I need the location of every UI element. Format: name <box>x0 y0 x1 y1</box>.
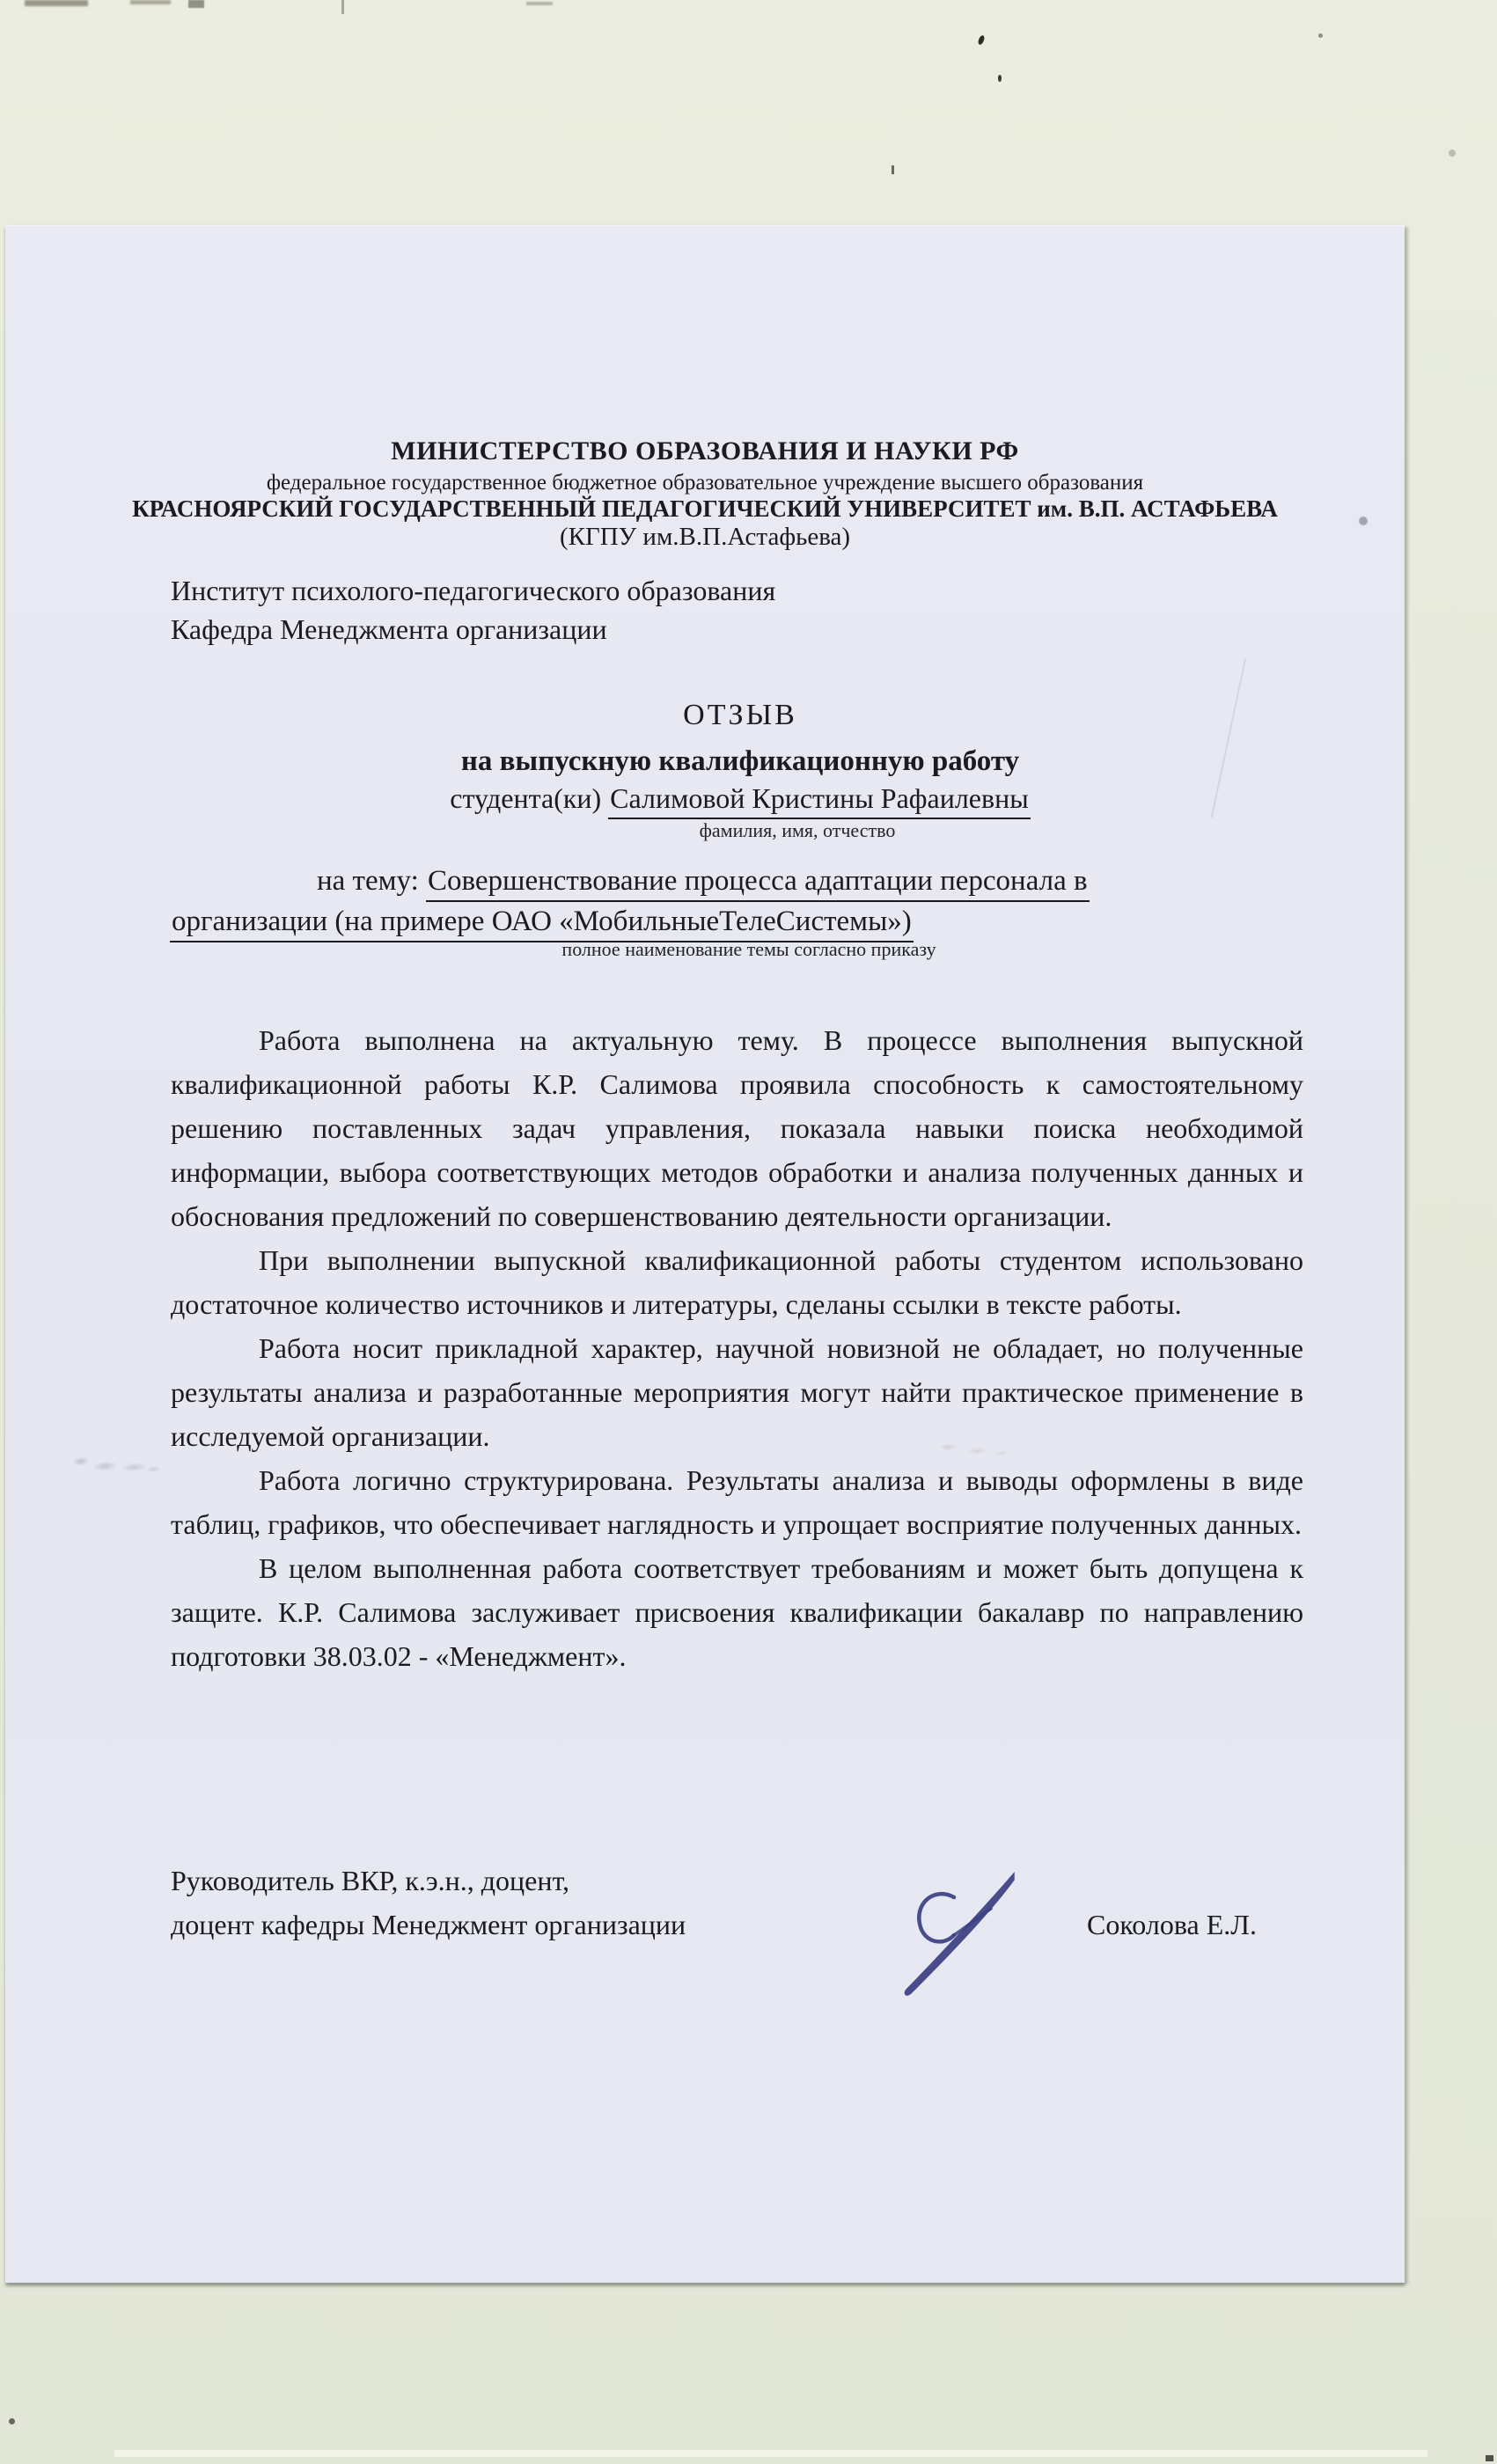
topic-line-1: на тему: Совершенствование процесса адап… <box>317 865 1090 902</box>
topic-caption: полное наименование темы согласно приказ… <box>533 938 965 961</box>
student-name: Салимовой Кристины Рафаилевны <box>608 782 1031 819</box>
scan-streak <box>341 0 344 14</box>
topic-text-1: Совершенствование процесса адаптации пер… <box>426 865 1090 902</box>
pencil-smudge <box>63 1438 171 1487</box>
student-line: студента(ки) Салимовой Кристины Рафаилев… <box>40 782 1440 819</box>
scan-speck <box>892 165 894 174</box>
scan-speck <box>1449 150 1456 157</box>
student-name-caption: фамилия, имя, отчество <box>551 819 1044 842</box>
topic-text-2: организации (на примере ОАО «МобильныеТе… <box>170 906 914 942</box>
university-short-name-line: (КГПУ им.В.П.Астафьева) <box>5 523 1405 552</box>
scanned-page: МИНИСТЕРСТВО ОБРАЗОВАНИЯ И НАУКИ РФ феде… <box>5 225 1405 2283</box>
review-body: Работа выполнена на актуальную тему. В п… <box>171 1018 1303 1678</box>
scan-speck <box>1486 2455 1493 2461</box>
body-paragraph: Работа логично структурирована. Результа… <box>171 1458 1303 1546</box>
body-paragraph: Работа носит прикладной характер, научно… <box>171 1326 1303 1458</box>
supervisor-role-line-1: Руководитель ВКР, к.э.н., доцент, <box>171 1865 569 1897</box>
handwritten-signature <box>885 1859 1070 2035</box>
document-subtitle: на выпускную квалификационную работу <box>40 745 1440 778</box>
scan-speck <box>978 34 985 45</box>
scan-speck <box>998 75 1002 82</box>
body-paragraph: При выполнении выпускной квалификационно… <box>171 1238 1303 1326</box>
scan-streak <box>130 0 171 4</box>
body-paragraph: В целом выполненная работа соответствует… <box>171 1546 1303 1678</box>
topic-line-2: организации (на примере ОАО «МобильныеТе… <box>170 906 914 942</box>
scan-streak <box>25 0 88 6</box>
scan-speck <box>1318 33 1323 38</box>
topic-prefix: на тему: <box>317 865 419 897</box>
scan-streak <box>188 0 204 8</box>
body-paragraph: Работа выполнена на актуальную тему. В п… <box>171 1018 1303 1238</box>
scanner-edge-strip <box>114 2450 1427 2457</box>
student-prefix: студента(ки) <box>450 782 601 814</box>
university-name-line: КРАСНОЯРСКИЙ ГОСУДАРСТВЕННЫЙ ПЕДАГОГИЧЕС… <box>5 495 1405 523</box>
institute-line: Институт психолого-педагогического образ… <box>171 575 775 607</box>
ministry-line: МИНИСТЕРСТВО ОБРАЗОВАНИЯ И НАУКИ РФ <box>5 436 1405 466</box>
scan-streak <box>526 2 553 5</box>
document-title: ОТЗЫВ <box>40 699 1440 732</box>
institution-type-line: федеральное государственное бюджетное об… <box>5 471 1405 495</box>
scan-speck <box>9 2418 15 2424</box>
signer-name: Соколова Е.Л. <box>1087 1909 1257 1941</box>
department-line: Кафедра Менеджмента организации <box>171 613 607 646</box>
supervisor-role-line-2: доцент кафедры Менеджмент организации <box>171 1909 686 1941</box>
scan-canvas: { "colors": { "scanner_background": "#e6… <box>0 0 1497 2464</box>
